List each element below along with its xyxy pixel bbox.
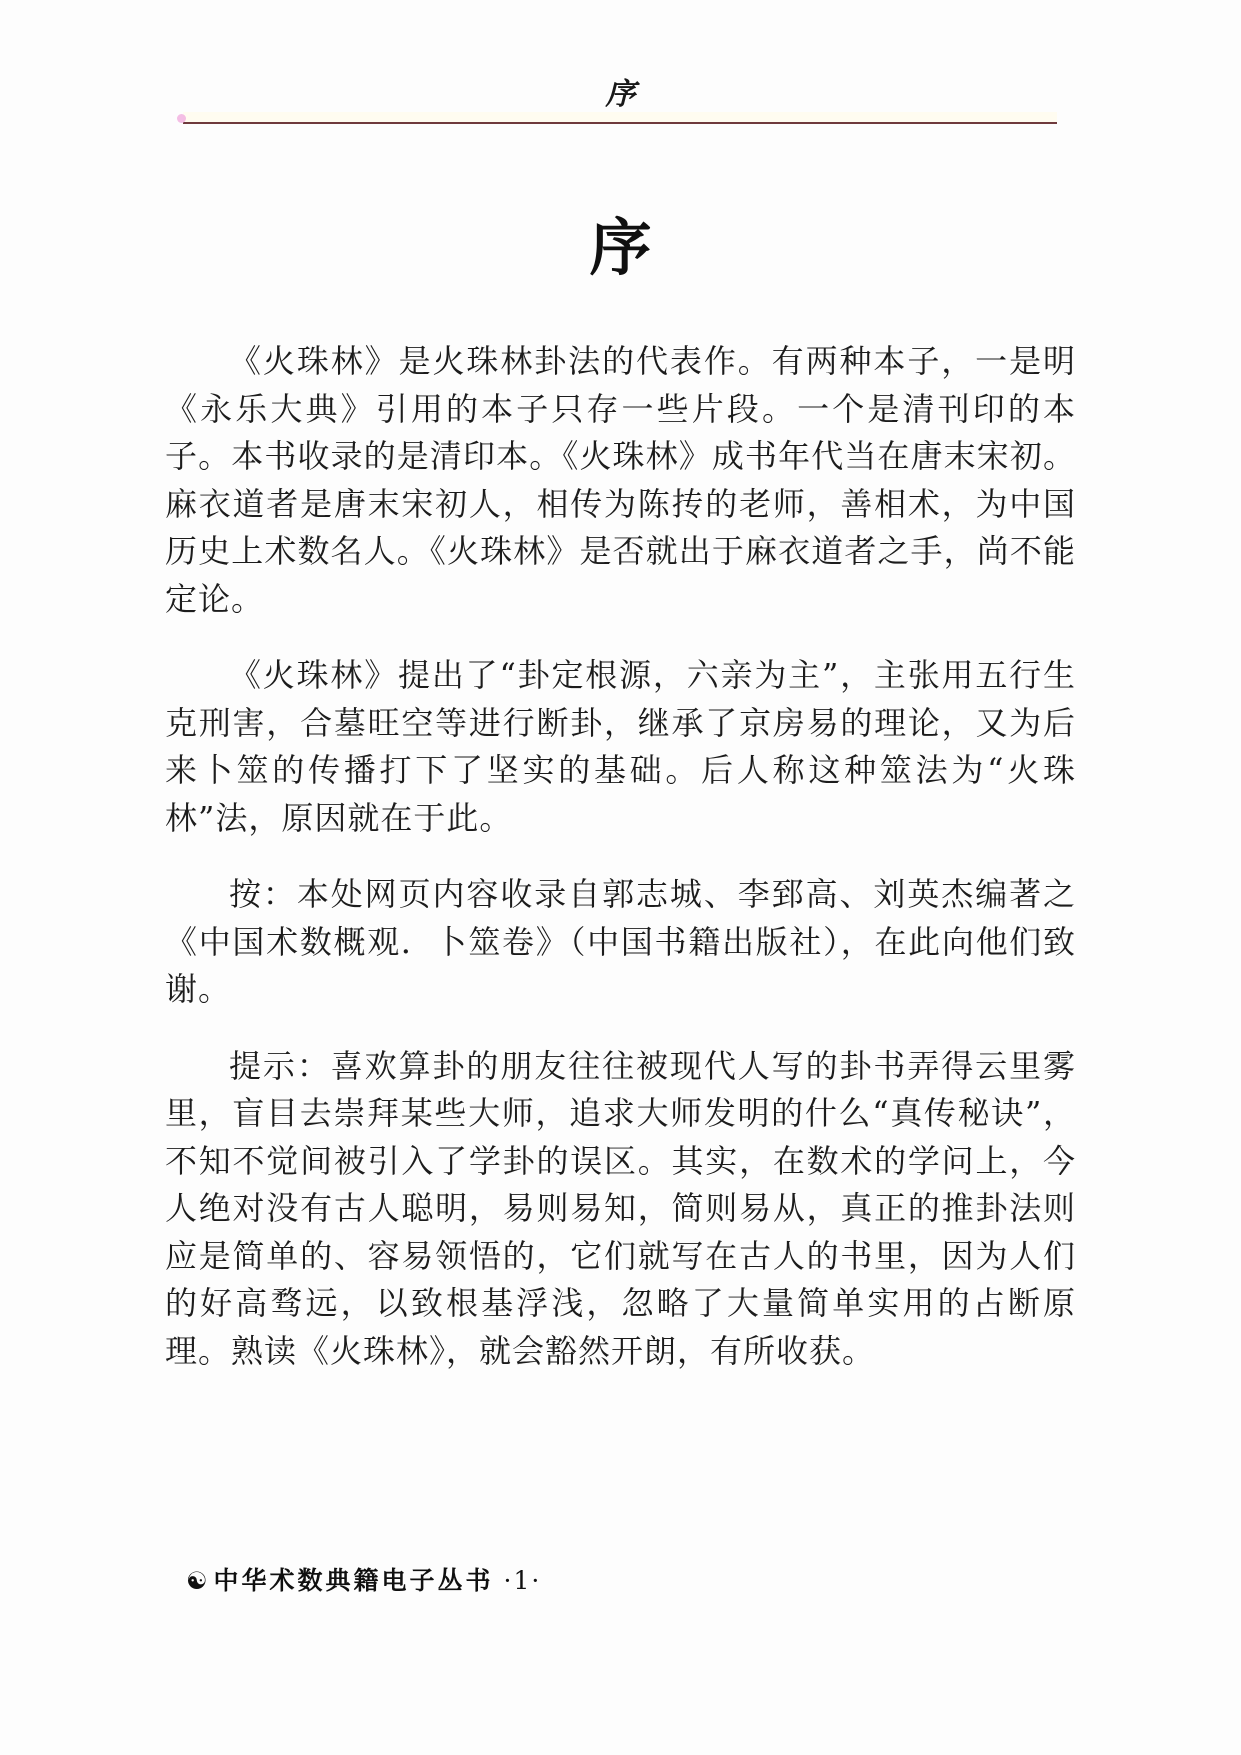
document-page: 序 序 《火珠林》是火珠林卦法的代表作。有两种本子，一是明《永乐大典》引用的本子… [0,0,1241,1755]
series-title: 中华术数典籍电子丛书 [214,1566,494,1596]
pink-fleck-decoration [177,114,186,123]
header-rule-divider [183,112,1057,124]
running-header: 序 [0,78,1241,112]
paragraph-1: 《火珠林》是火珠林卦法的代表作。有两种本子，一是明《永乐大典》引用的本子只存一些… [165,338,1076,623]
running-header-title: 序 [606,77,636,112]
body-text: 《火珠林》是火珠林卦法的代表作。有两种本子，一是明《永乐大典》引用的本子只存一些… [165,338,1076,1404]
paragraph-3: 按：本处网页内容收录自郭志城、李郅高、刘英杰编著之《中国术数概观．卜筮卷》（中国… [165,871,1076,1014]
page-title: 序 [0,212,1241,284]
paragraph-4: 提示：喜欢算卦的朋友往往被现代人写的卦书弄得云里雾里，盲目去崇拜某些大师，追求大… [165,1043,1076,1376]
paragraph-2: 《火珠林》提出了“卦定根源，六亲为主”，主张用五行生克刑害，合墓旺空等进行断卦，… [165,652,1076,842]
page-number: ·1· [504,1566,542,1596]
page-footer: ☯ 中华术数典籍电子丛书 ·1· [186,1566,541,1596]
taiji-icon: ☯ [186,1566,208,1596]
